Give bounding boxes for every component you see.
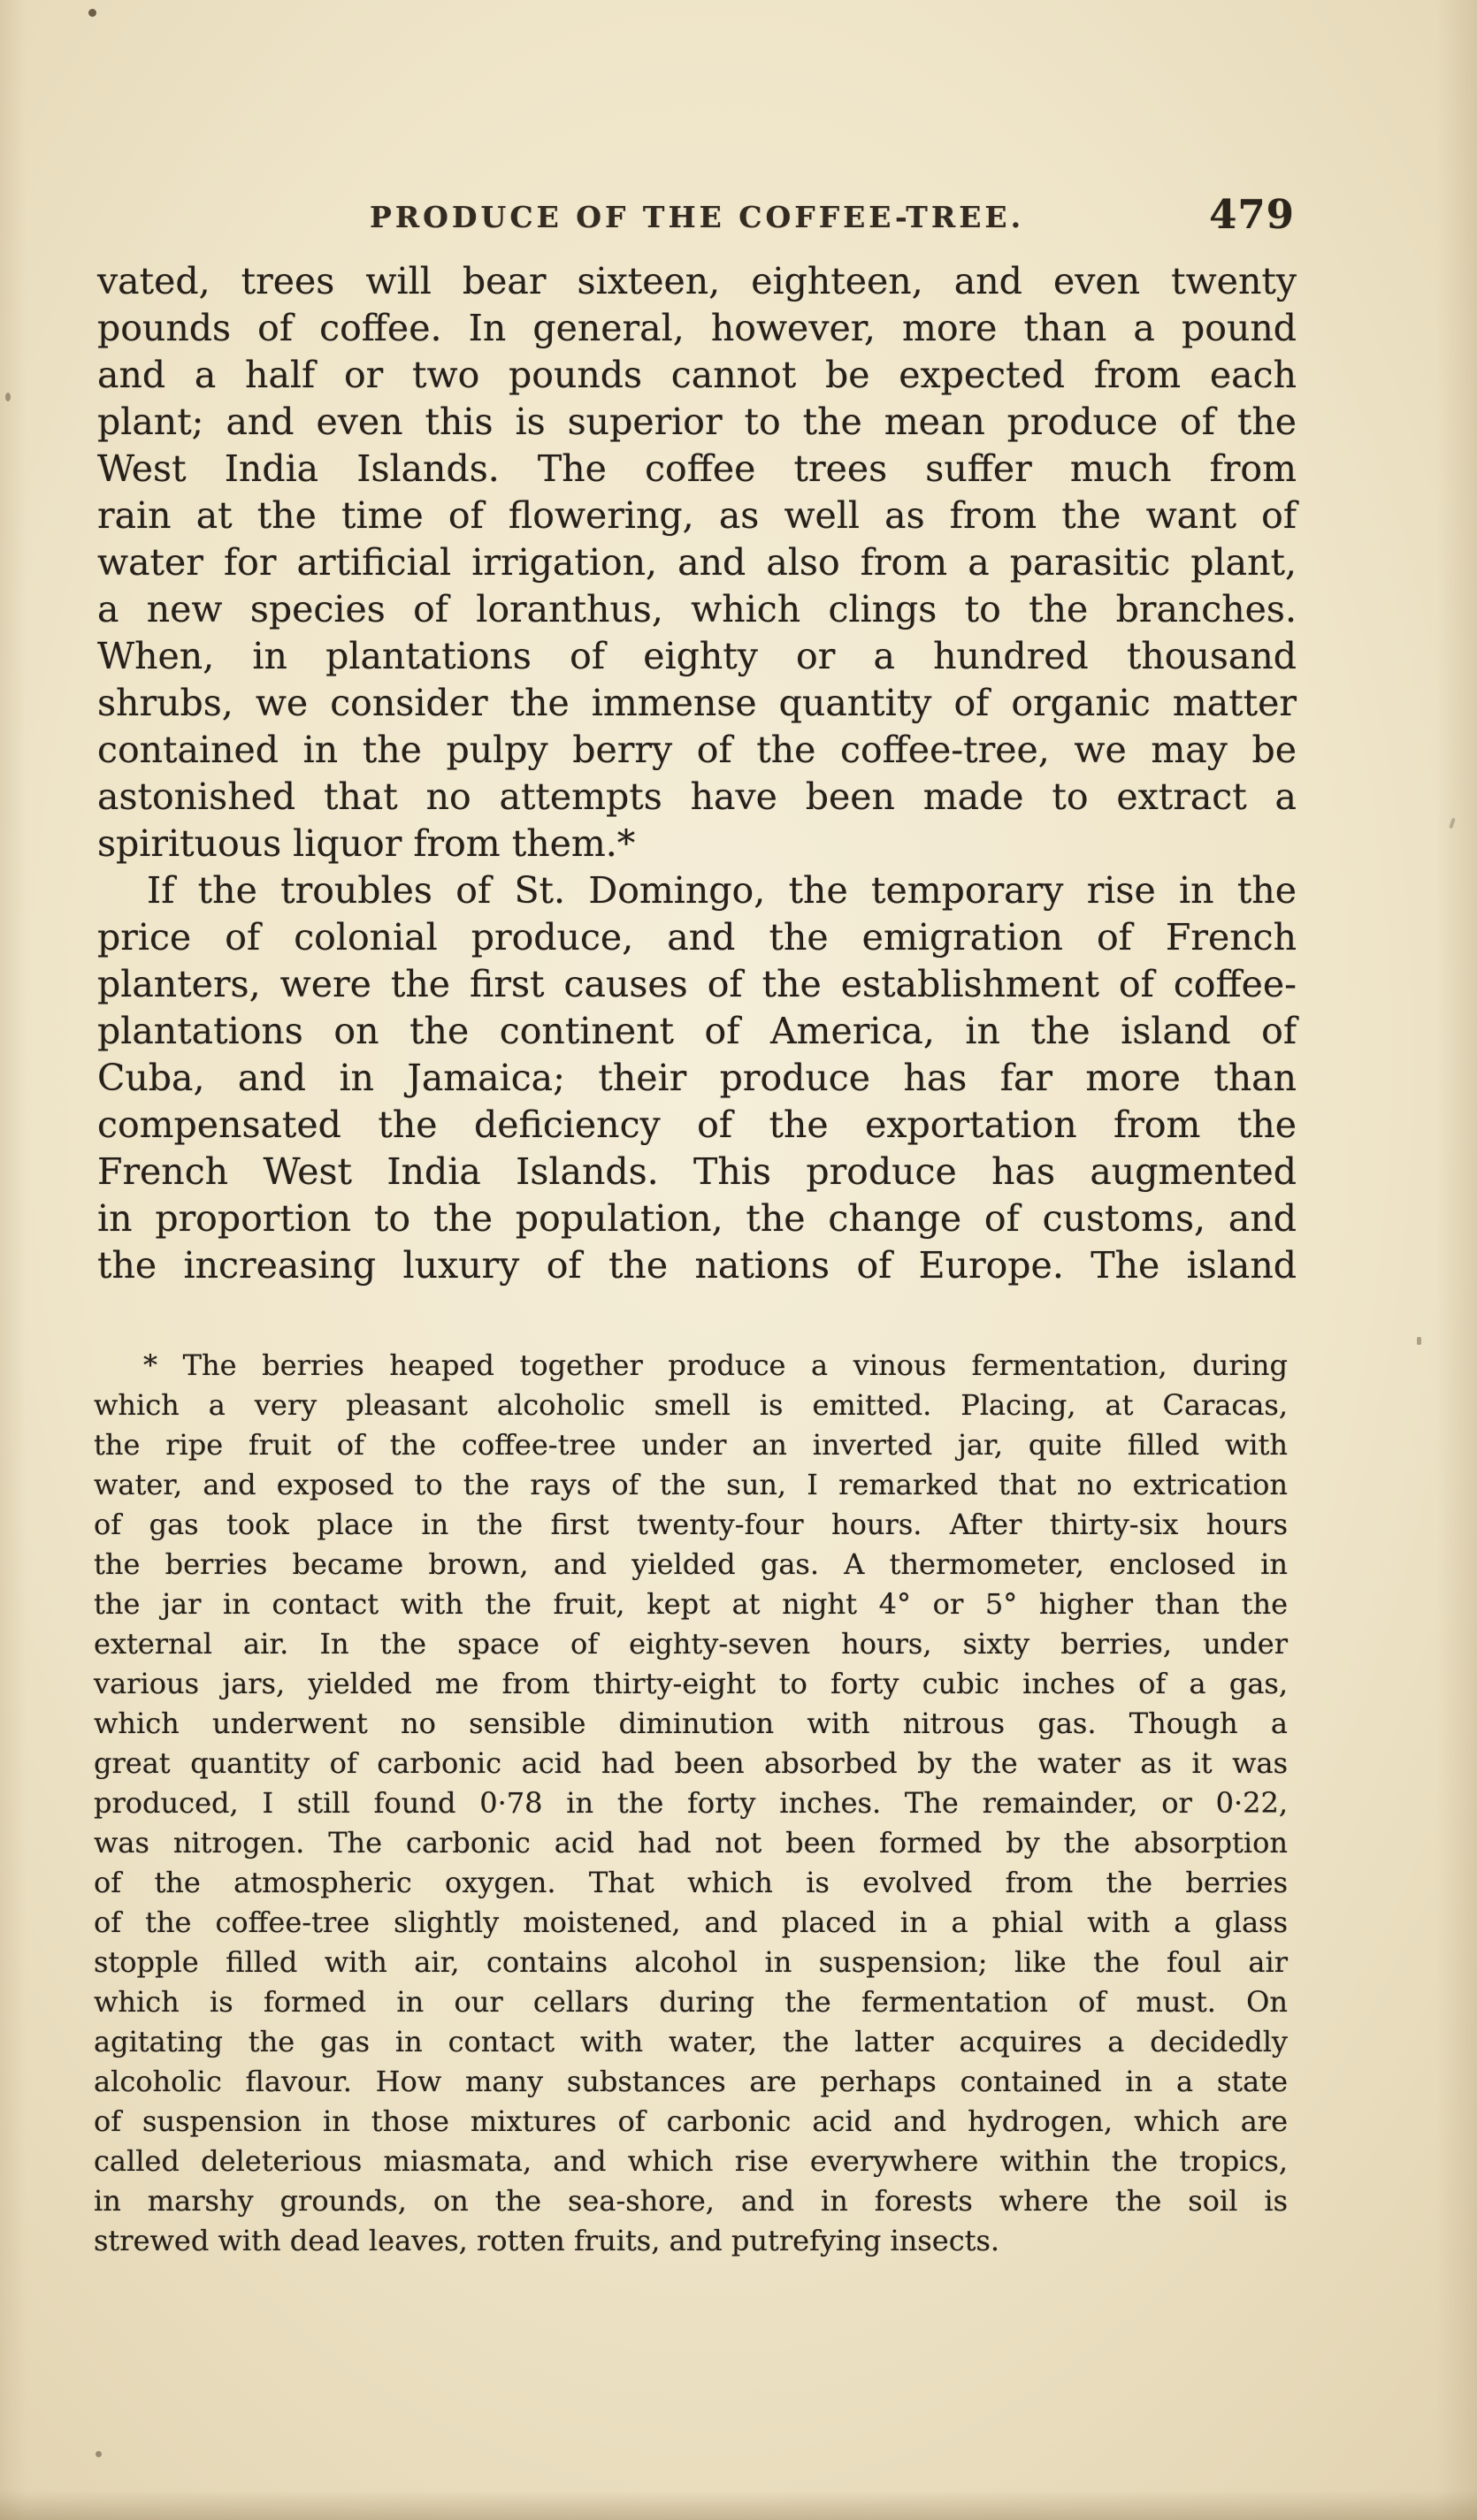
text-line: of suspension in those mixtures of carbo… (94, 2102, 1288, 2142)
text-line: rain at the time of flowering, as well a… (97, 493, 1297, 539)
text-line: contained in the pulpy berry of the coff… (97, 727, 1297, 774)
paper-speck (88, 9, 96, 17)
paper-speck (5, 393, 11, 401)
text-line: plant; and even this is superior to the … (97, 399, 1297, 446)
book-page-scan: PRODUCE OF THE COFFEE-TREE. 479 vated, t… (0, 0, 1477, 2520)
text-line: vated, trees will bear sixteen, eighteen… (97, 258, 1297, 305)
text-line: When, in plantations of eighty or a hund… (97, 633, 1297, 680)
paper-speck (1417, 1337, 1421, 1345)
text-line: produced, I still found 0·78 in the fort… (94, 1783, 1288, 1823)
text-line: spirituous liquor from them.* (97, 821, 1297, 867)
page-right-shadow (1436, 0, 1477, 2520)
text-line: water, and exposed to the rays of the su… (94, 1465, 1288, 1505)
text-line: compensated the deficiency of the export… (97, 1102, 1297, 1149)
text-line: astonished that no attempts have been ma… (97, 774, 1297, 821)
text-line: French West India Islands. This produce … (97, 1149, 1297, 1195)
text-line: West India Islands. The coffee trees suf… (97, 446, 1297, 493)
text-line: in proportion to the population, the cha… (97, 1195, 1297, 1242)
main-text-block: vated, trees will bear sixteen, eighteen… (97, 258, 1297, 1289)
text-line: which underwent no sensible diminution w… (94, 1704, 1288, 1744)
running-head-title: PRODUCE OF THE COFFEE-TREE. (97, 200, 1297, 234)
text-line: the ripe fruit of the coffee-tree under … (94, 1425, 1288, 1465)
footnote-block: * The berries heaped together produce a … (94, 1346, 1288, 2261)
text-line: great quantity of carbonic acid had been… (94, 1744, 1288, 1783)
text-line: planters, were the first causes of the e… (97, 961, 1297, 1008)
text-line: of the atmospheric oxygen. That which is… (94, 1863, 1288, 1903)
text-line: of gas took place in the first twenty-fo… (94, 1505, 1288, 1545)
text-line: agitating the gas in contact with water,… (94, 2022, 1288, 2062)
page-bottom-shadow (0, 2490, 1477, 2520)
text-line: price of colonial produce, and the emigr… (97, 914, 1297, 961)
text-line: of the coffee-tree slightly moistened, a… (94, 1903, 1288, 1943)
text-line: which is formed in our cellars during th… (94, 1982, 1288, 2022)
paragraph: vated, trees will bear sixteen, eighteen… (97, 258, 1297, 867)
text-line: external air. In the space of eighty-sev… (94, 1624, 1288, 1664)
text-line: pounds of coffee. In general, however, m… (97, 305, 1297, 352)
text-line: which a very pleasant alcoholic smell is… (94, 1386, 1288, 1425)
text-line: * The berries heaped together produce a … (94, 1346, 1288, 1386)
text-line: various jars, yielded me from thirty-eig… (94, 1664, 1288, 1704)
text-line: Cuba, and in Jamaica; their produce has … (97, 1055, 1297, 1102)
text-line: shrubs, we consider the immense quantity… (97, 680, 1297, 727)
paragraph: If the troubles of St. Domingo, the temp… (97, 867, 1297, 1289)
text-line: If the troubles of St. Domingo, the temp… (97, 867, 1297, 914)
text-line: a new species of loranthus, which clings… (97, 586, 1297, 633)
running-header: PRODUCE OF THE COFFEE-TREE. 479 (97, 200, 1297, 242)
text-line: strewed with dead leaves, rotten fruits,… (94, 2221, 1288, 2261)
text-line: the jar in contact with the fruit, kept … (94, 1585, 1288, 1624)
page-number: 479 (1209, 191, 1295, 238)
text-line: water for artificial irrigation, and als… (97, 539, 1297, 586)
text-line: was nitrogen. The carbonic acid had not … (94, 1823, 1288, 1863)
text-line: plantations on the continent of America,… (97, 1008, 1297, 1055)
paper-speck (96, 2451, 102, 2457)
text-line: stopple filled with air, contains alcoho… (94, 1943, 1288, 1982)
text-line: the berries became brown, and yielded ga… (94, 1545, 1288, 1585)
text-line: and a half or two pounds cannot be expec… (97, 352, 1297, 399)
text-line: called deleterious miasmata, and which r… (94, 2142, 1288, 2181)
text-line: the increasing luxury of the nations of … (97, 1242, 1297, 1289)
text-line: alcoholic flavour. How many substances a… (94, 2062, 1288, 2102)
page-left-shadow (0, 0, 27, 2520)
text-line: in marshy grounds, on the sea-shore, and… (94, 2181, 1288, 2221)
